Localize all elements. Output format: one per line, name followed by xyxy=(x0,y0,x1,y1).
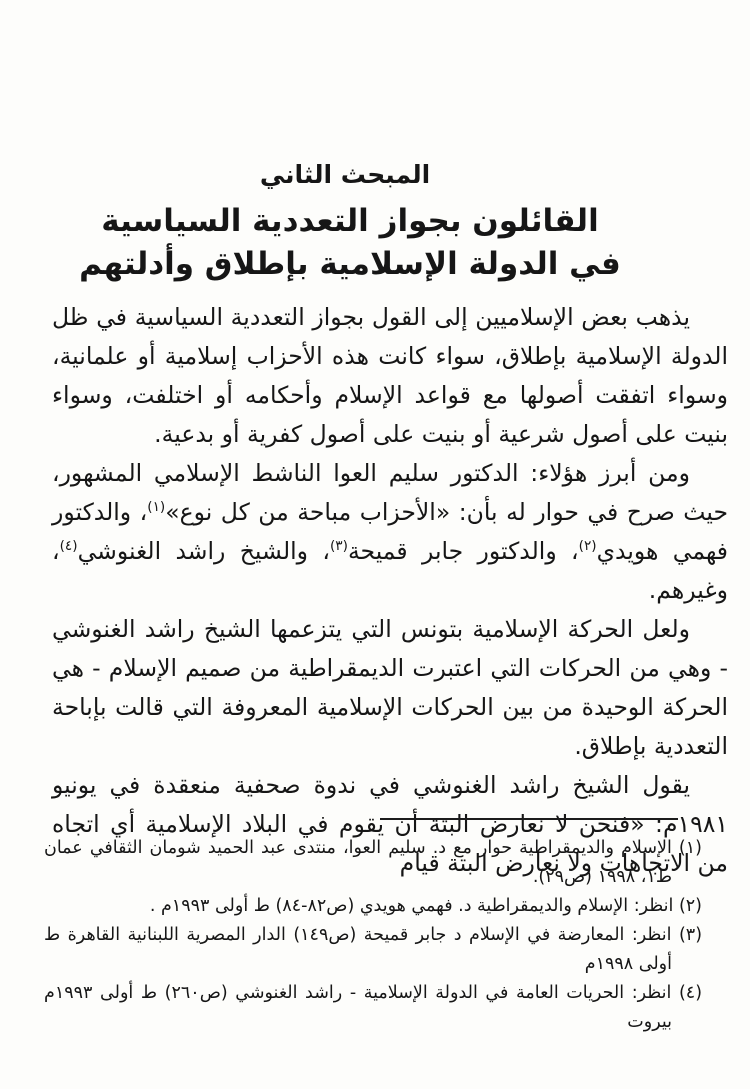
footnote-separator xyxy=(380,818,678,820)
footnote-ref: (٣) xyxy=(330,538,348,554)
paragraph: يذهب بعض الإسلاميين إلى القول بجواز التع… xyxy=(52,298,728,454)
footnote-ref: (٢) xyxy=(579,538,597,554)
section-kicker: المبحث الثاني xyxy=(0,160,690,189)
footnote-marker: (٣) xyxy=(672,925,703,945)
footnote-marker: (٢) xyxy=(673,896,702,916)
footnote-ref: (٤) xyxy=(60,538,78,554)
paragraph: ومن أبرز هؤلاء: الدكتور سليم العوا الناش… xyxy=(52,454,728,610)
footnote-item: (٢) انظر: الإسلام والديمقراطية د. فهمي ه… xyxy=(44,892,702,921)
body-paragraphs: يذهب بعض الإسلاميين إلى القول بجواز التع… xyxy=(52,298,728,883)
footnote-item: (٤) انظر: الحريات العامة في الدولة الإسل… xyxy=(44,979,702,1037)
paragraph: ولعل الحركة الإسلامية بتونس التي يتزعمها… xyxy=(52,610,728,766)
section-title: القائلون بجواز التعددية السياسية في الدو… xyxy=(0,200,700,286)
footnote-marker: (١) xyxy=(672,838,702,858)
footnote-ref: (١) xyxy=(147,499,165,515)
footnote-item: (٣) انظر: المعارضة في الإسلام د جابر قمي… xyxy=(44,921,702,979)
footnote-list: (١) الإسلام والديمقراطية حوار مع د. سليم… xyxy=(44,834,702,1037)
book-page: المبحث الثاني القائلون بجواز التعددية ال… xyxy=(0,0,750,1089)
footnote-item: (١) الإسلام والديمقراطية حوار مع د. سليم… xyxy=(44,834,702,892)
section-title-line-2: في الدولة الإسلامية بإطلاق وأدلتهم xyxy=(0,243,700,286)
section-title-line-1: القائلون بجواز التعددية السياسية xyxy=(0,200,700,243)
footnote-marker: (٤) xyxy=(671,983,702,1003)
